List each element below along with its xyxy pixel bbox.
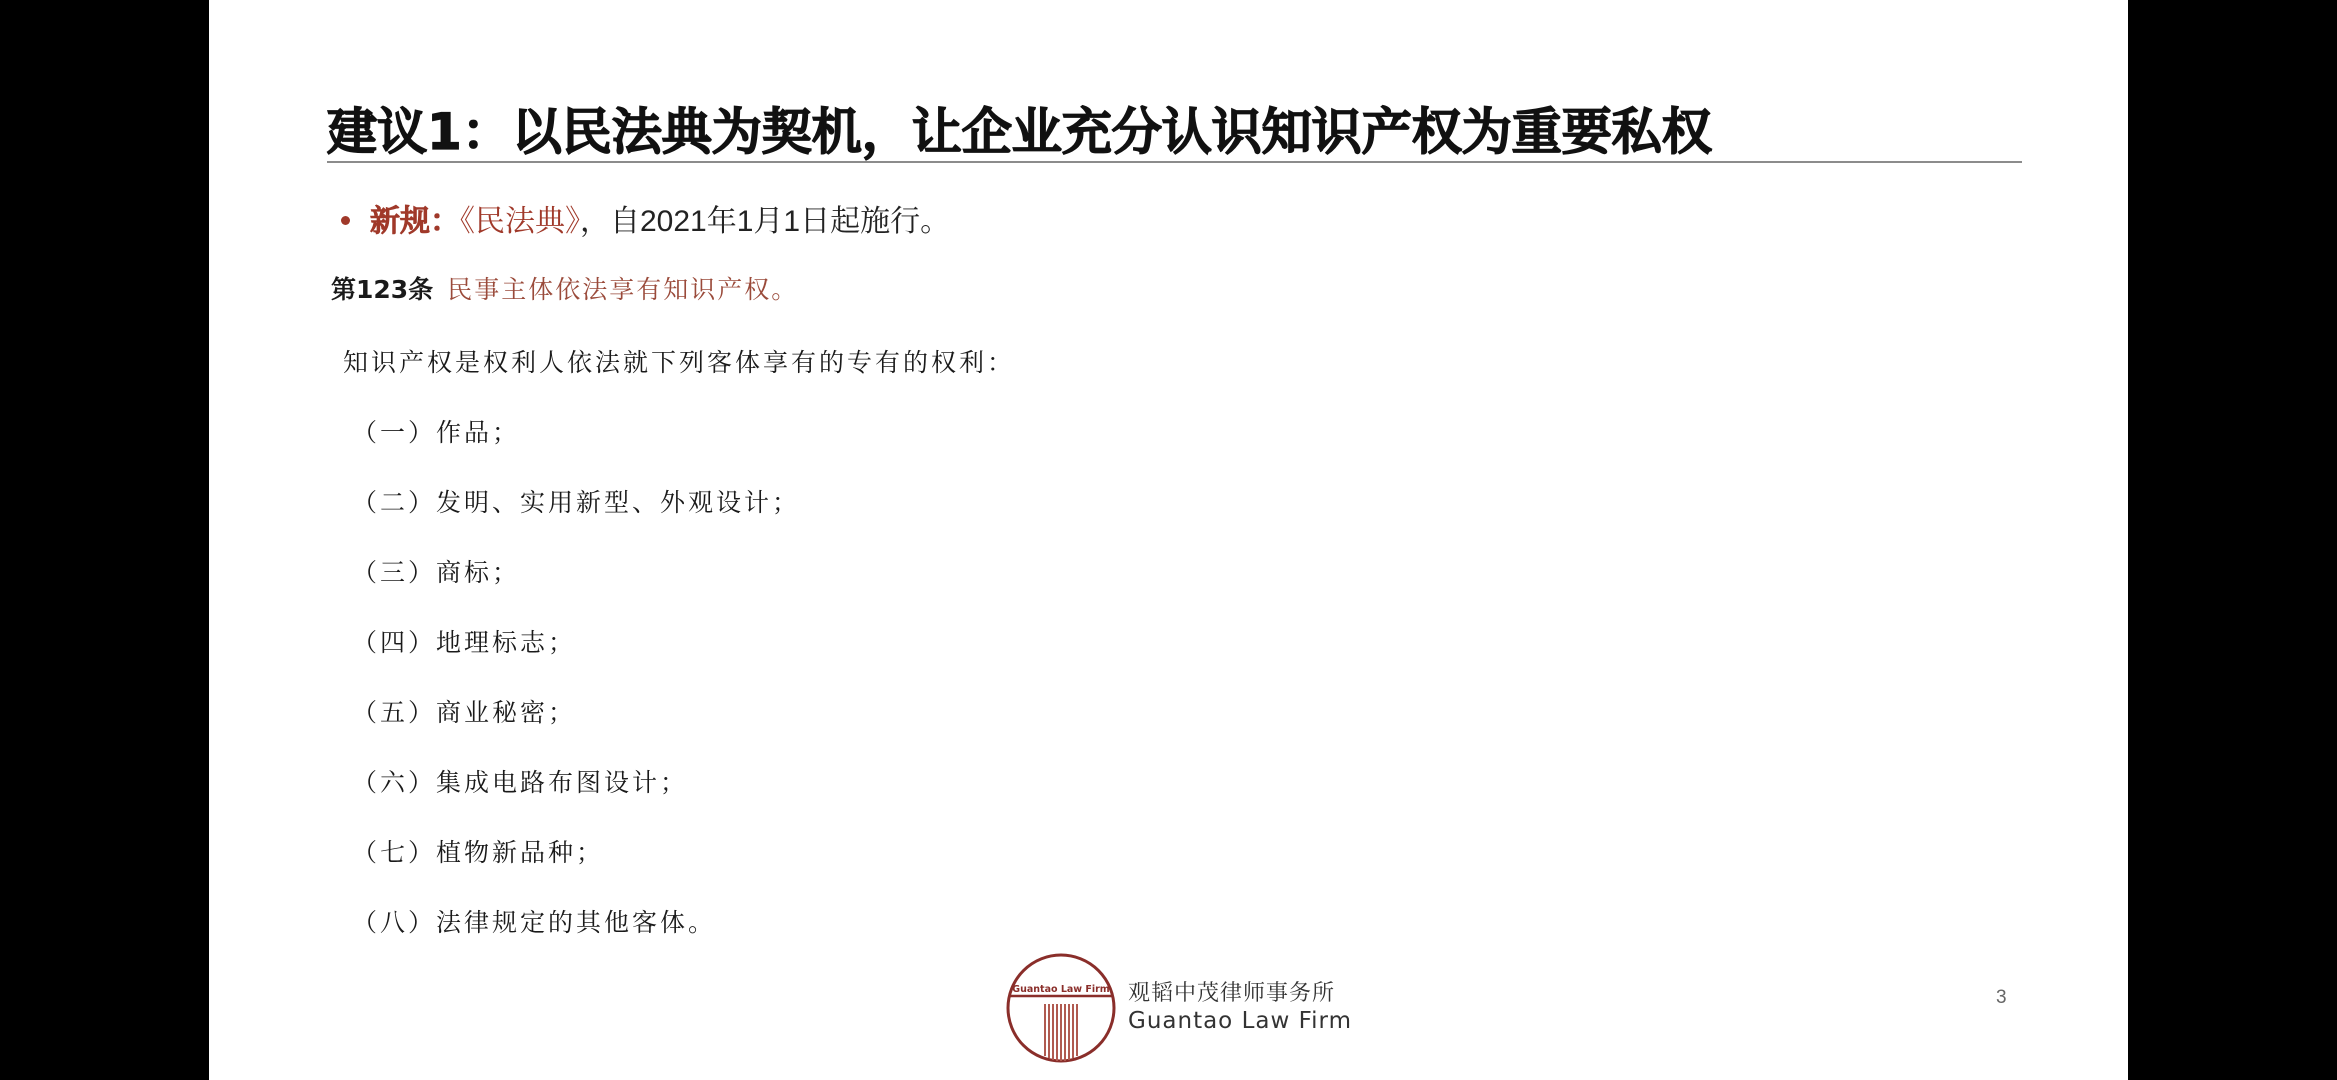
article-line: 第123条民事主体依法享有知识产权。	[331, 270, 798, 306]
firm-emblem-icon: Guantao Law Firm	[1001, 948, 1121, 1068]
list-item: （六）集成电路布图设计；	[352, 763, 688, 799]
slide: 建议1：以民法典为契机，让企业充分认识知识产权为重要私权 新规：《民法典》，自2…	[209, 0, 2128, 1080]
page-number: 3	[1996, 987, 2007, 1009]
new-regulation-bullet: 新规：《民法典》，自2021年1月1日起施行。	[327, 196, 950, 240]
title-divider	[327, 161, 2022, 163]
law-name: 《民法典》	[460, 204, 580, 239]
list-item: （八）法律规定的其他客体。	[352, 903, 716, 939]
firm-name-en: Guantao Law Firm	[1128, 1008, 1352, 1034]
list-item: （四）地理标志；	[352, 623, 576, 659]
list-item: （一）作品；	[352, 413, 520, 449]
slide-title: 建议1：以民法典为契机，让企业充分认识知识产权为重要私权	[327, 92, 1712, 164]
presentation-viewer: 建议1：以民法典为契机，让企业充分认识知识产权为重要私权 新规：《民法典》，自2…	[0, 0, 2337, 1080]
firm-logo: Guantao Law Firm 观韬中茂律师事务所 Guantao Law F…	[1001, 948, 1381, 1068]
svg-text:Guantao Law Firm: Guantao Law Firm	[1012, 984, 1109, 995]
list-item: （二）发明、实用新型、外观设计；	[352, 483, 800, 519]
intro-text: 知识产权是权利人依法就下列客体享有的专有的权利：	[343, 343, 1015, 379]
list-item: （七）植物新品种；	[352, 833, 604, 869]
list-item: （三）商标；	[352, 553, 520, 589]
article-number: 第123条	[331, 275, 433, 304]
list-item: （五）商业秘密；	[352, 693, 576, 729]
bullet-label: 新规：	[370, 204, 460, 239]
bullet-rest: ，自2021年1月1日起施行。	[580, 205, 950, 238]
bullet-dot-icon	[341, 216, 350, 225]
article-text: 民事主体依法享有知识产权。	[447, 275, 798, 304]
firm-name-cn: 观韬中茂律师事务所	[1128, 976, 1335, 1007]
